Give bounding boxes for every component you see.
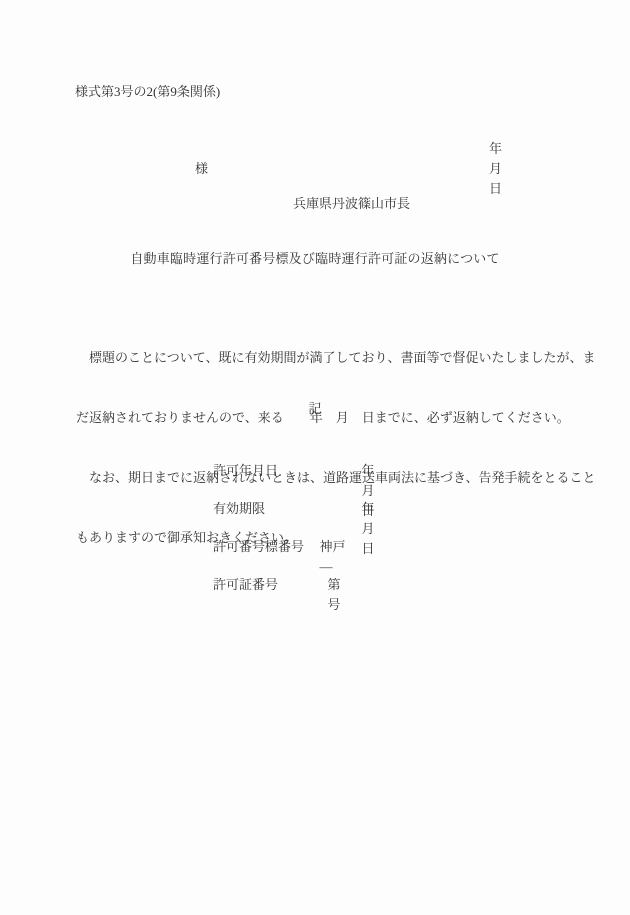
item-row-expiry-date: 有効期限 年 月 日 bbox=[200, 479, 265, 499]
value-part-kobe: 神戸 bbox=[320, 539, 346, 554]
record-marker: 記 bbox=[0, 399, 630, 419]
date-day-label: 日 bbox=[489, 181, 502, 196]
date-year-label: 年 bbox=[489, 141, 502, 156]
item-label: 許可証番号 bbox=[213, 577, 278, 592]
body-line-1: 標題のことについて、既に有効期間が満了しており、書面等で督促いたしましたが、ま bbox=[76, 348, 576, 368]
value-part-year: 年 bbox=[362, 463, 375, 478]
item-value: 第 号 bbox=[308, 555, 440, 635]
value-part-year: 年 bbox=[362, 501, 375, 516]
value-part-no-suffix: 号 bbox=[328, 597, 341, 612]
item-label: 許可番号標番号 bbox=[213, 539, 304, 554]
item-label: 有効期限 bbox=[213, 501, 265, 516]
document-page: 様式第3号の2(第9条関係) 年 月 日 様 兵庫県丹波篠山市長 自動車臨時運行… bbox=[0, 0, 630, 915]
date-month-label: 月 bbox=[489, 161, 502, 176]
sender-name: 兵庫県丹波篠山市長 bbox=[293, 194, 410, 214]
item-row-permit-date: 許可年月日 年 月 日 bbox=[200, 441, 278, 461]
item-row-certificate-number: 許可証番号 第 号 bbox=[200, 555, 278, 575]
value-part-no-prefix: 第 bbox=[328, 577, 341, 592]
addressee-suffix: 様 bbox=[195, 159, 208, 179]
issue-date-line: 年 月 日 bbox=[476, 119, 519, 219]
form-number: 様式第3号の2(第9条関係) bbox=[75, 82, 220, 102]
item-row-plate-number: 許可番号標番号 神戸 ― bbox=[200, 517, 304, 537]
document-title: 自動車臨時運行許可番号標及び臨時運行許可証の返納について bbox=[0, 249, 630, 269]
item-label: 許可年月日 bbox=[213, 463, 278, 478]
body-line-3: なお、期日までに返納されないときは、道路運送車両法に基づき、告発手続をとること bbox=[76, 468, 576, 488]
